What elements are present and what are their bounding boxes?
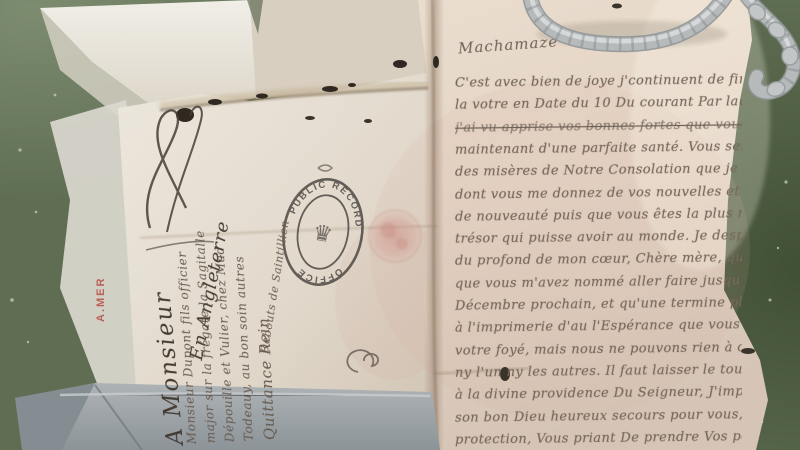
braided-cord [530, 0, 798, 99]
photo-old-folded-letter: ♛ PUBLIC RECORD OFFICE [0, 0, 800, 450]
cord-layer [0, 0, 800, 450]
